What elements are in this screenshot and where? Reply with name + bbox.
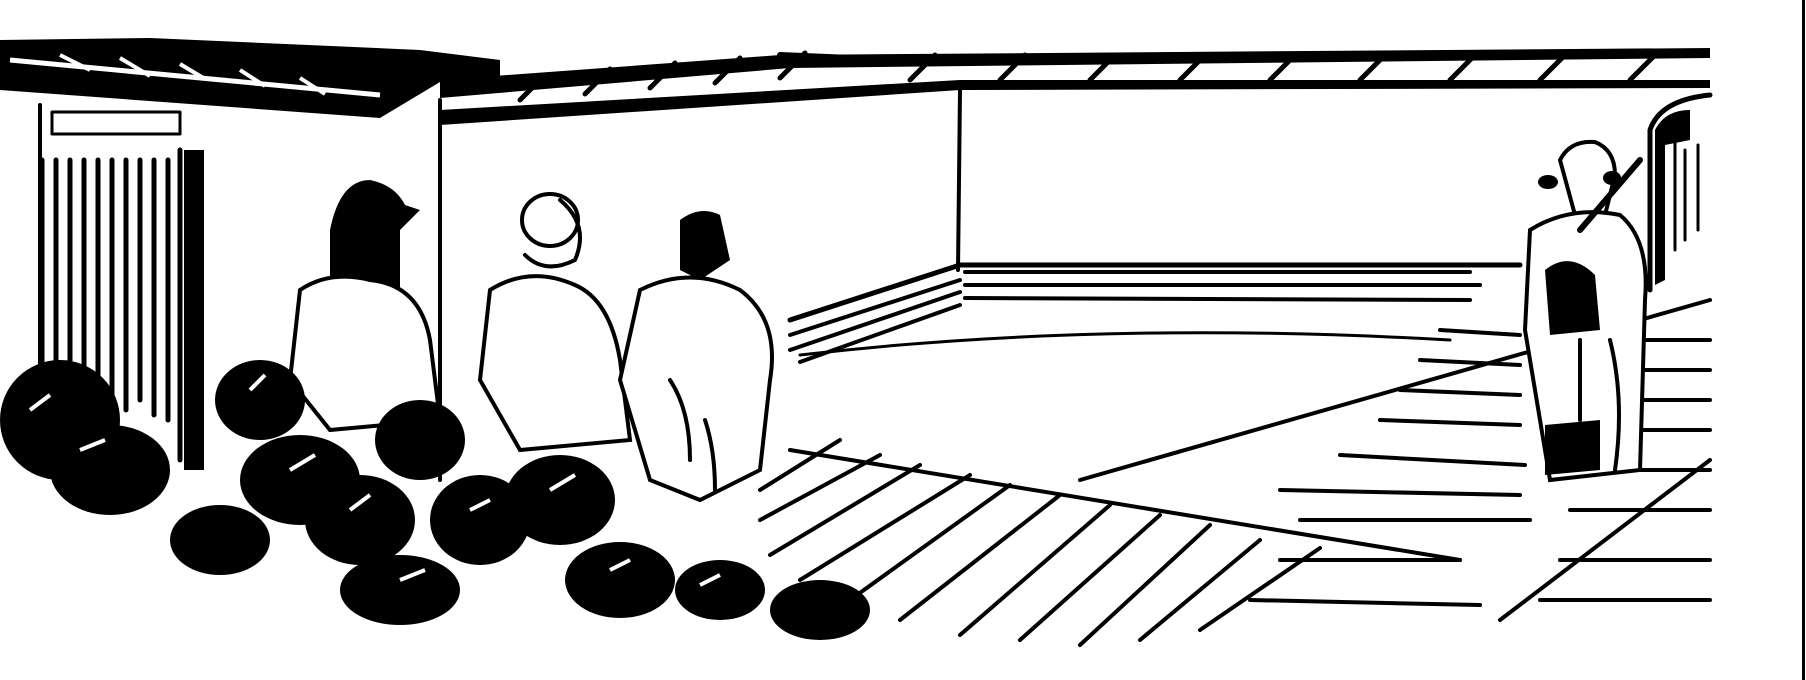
back-courtyard-wall [790, 90, 1520, 362]
standing-figure-holding-object [1525, 142, 1646, 480]
tiled-roof-eaves [0, 38, 1710, 125]
arched-doorway [1650, 95, 1710, 290]
woodblock-illustration [0, 0, 1806, 680]
group-of-three-robed-figures [290, 180, 772, 500]
frame-border-line [1802, 0, 1805, 680]
